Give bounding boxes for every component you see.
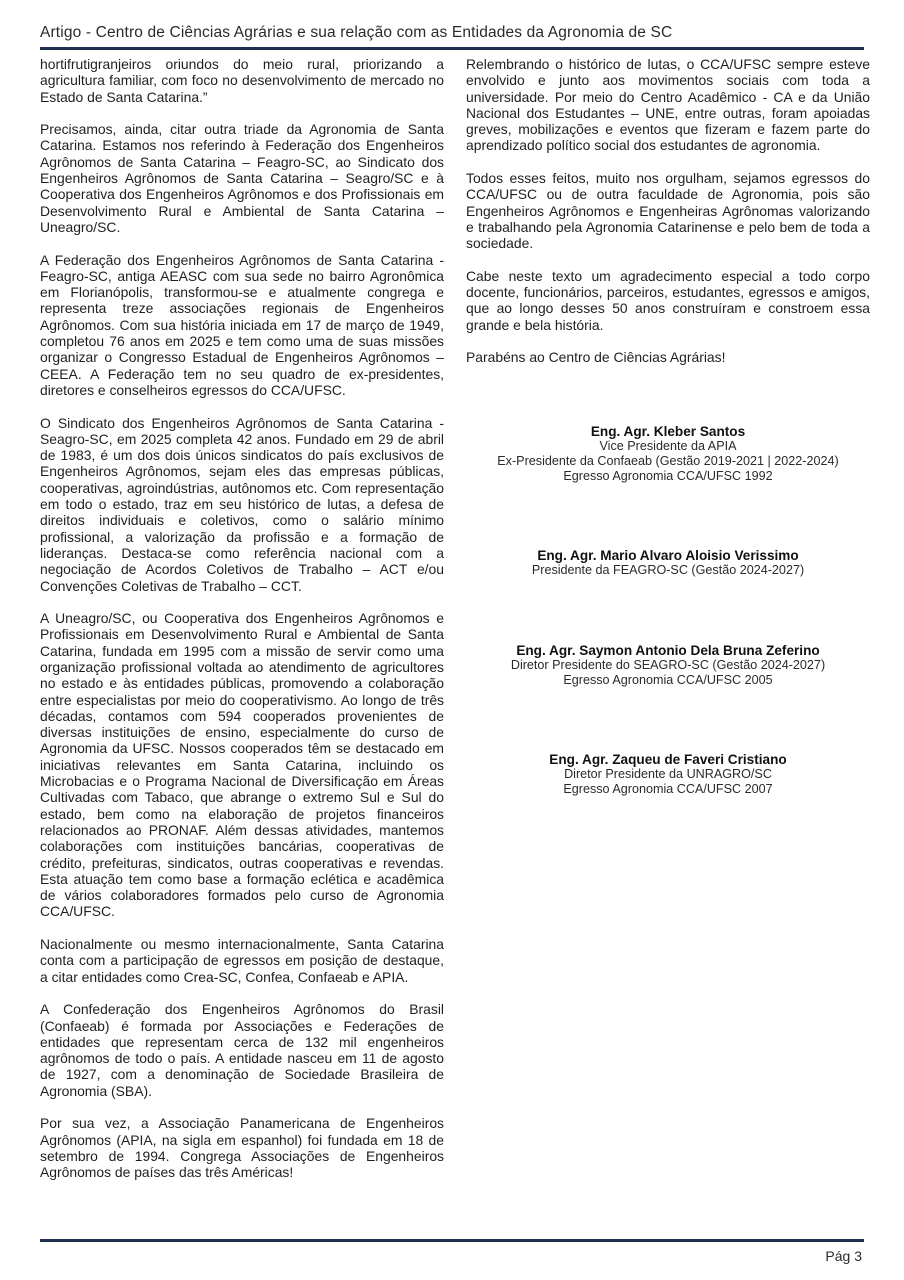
paragraph: O Sindicato dos Engenheiros Agrônomos de… [40, 415, 444, 594]
signatory-role: Egresso Agronomia CCA/UFSC 1992 [466, 469, 870, 484]
signatory-name: Eng. Agr. Saymon Antonio Dela Bruna Zefe… [466, 643, 870, 658]
signatory-name: Eng. Agr. Zaqueu de Faveri Cristiano [466, 752, 870, 767]
paragraph: A Federação dos Engenheiros Agrônomos de… [40, 252, 444, 399]
right-column: Relembrando o histórico de lutas, o CCA/… [466, 56, 870, 382]
page-number: Pág 3 [825, 1248, 862, 1264]
paragraph: Todos esses feitos, muito nos orgulham, … [466, 170, 870, 251]
signature-mario-verissimo: Eng. Agr. Mario Alvaro Aloisio Verissimo… [466, 548, 870, 578]
paragraph: A Uneagro/SC, ou Cooperativa dos Engenhe… [40, 610, 444, 920]
paragraph: Nacionalmente ou mesmo internacionalment… [40, 936, 444, 985]
paragraph: hortifrutigranjeiros oriundos do meio ru… [40, 56, 444, 105]
signatory-role: Presidente da FEAGRO-SC (Gestão 2024-202… [466, 563, 870, 578]
signatory-role: Egresso Agronomia CCA/UFSC 2005 [466, 673, 870, 688]
paragraph: Parabéns ao Centro de Ciências Agrárias! [466, 349, 870, 365]
signatory-role: Diretor Presidente da UNRAGRO/SC [466, 767, 870, 782]
signature-zaqueu-cristiano: Eng. Agr. Zaqueu de Faveri Cristiano Dir… [466, 752, 870, 797]
paragraph: Relembrando o histórico de lutas, o CCA/… [466, 56, 870, 154]
signature-kleber-santos: Eng. Agr. Kleber Santos Vice Presidente … [466, 424, 870, 484]
paragraph: Cabe neste texto um agradecimento especi… [466, 268, 870, 333]
footer-divider [40, 1239, 864, 1242]
paragraph: Por sua vez, a Associação Panamericana d… [40, 1115, 444, 1180]
signatory-name: Eng. Agr. Kleber Santos [466, 424, 870, 439]
paragraph: A Confederação dos Engenheiros Agrônomos… [40, 1001, 444, 1099]
header-divider [40, 47, 864, 50]
article-title: Artigo - Centro de Ciências Agrárias e s… [40, 24, 672, 42]
paragraph: Precisamos, ainda, citar outra triade da… [40, 121, 444, 235]
signatory-role: Vice Presidente da APIA [466, 439, 870, 454]
left-column: hortifrutigranjeiros oriundos do meio ru… [40, 56, 444, 1197]
signature-saymon-zeferino: Eng. Agr. Saymon Antonio Dela Bruna Zefe… [466, 643, 870, 688]
signatory-role: Ex-Presidente da Confaeab (Gestão 2019-2… [466, 454, 870, 469]
signatory-name: Eng. Agr. Mario Alvaro Aloisio Verissimo [466, 548, 870, 563]
signatory-role: Diretor Presidente do SEAGRO-SC (Gestão … [466, 658, 870, 673]
signatory-role: Egresso Agronomia CCA/UFSC 2007 [466, 782, 870, 797]
